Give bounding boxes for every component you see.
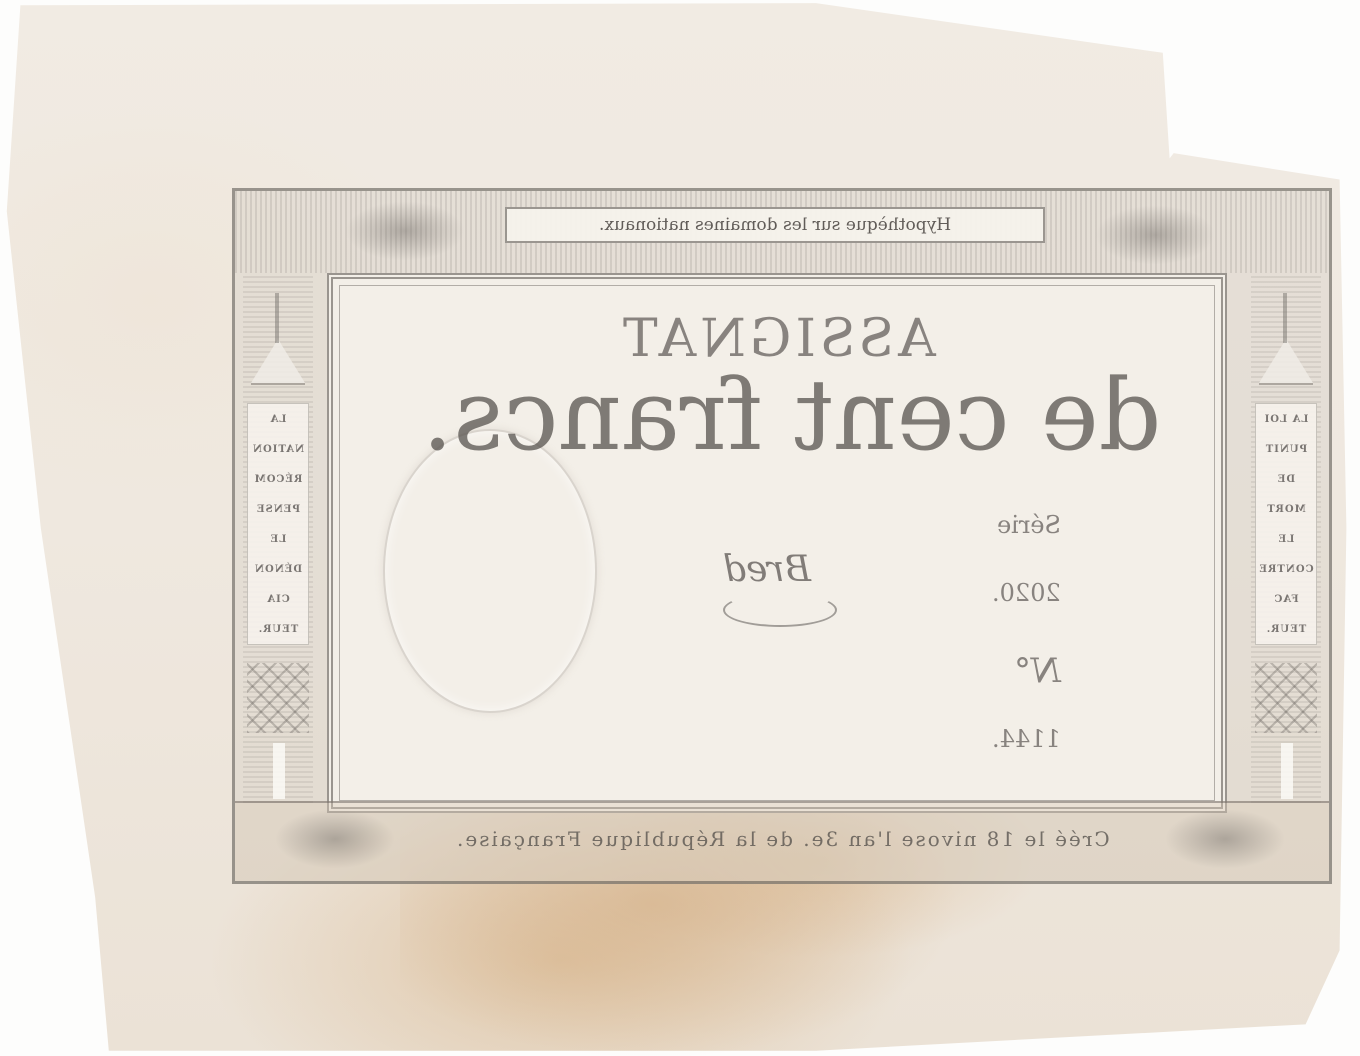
top-banner: Hypothèque sur les domaines nationaux. [505, 207, 1045, 243]
left-column: LA NATION RÉCOM PENSE LE DÉNON CIA TEUR. [243, 273, 313, 803]
serie-label: Série [997, 511, 1061, 539]
number-value: 1144. [992, 725, 1061, 753]
creation-date-text: Créé le 18 nivose l'an 3e. de la Républi… [455, 827, 1110, 851]
bottom-band: Créé le 18 nivose l'an 3e. de la Républi… [235, 801, 1329, 881]
pillar-ornament [1281, 743, 1293, 799]
top-banner-text: Hypothèque sur les domaines nationaux. [599, 215, 951, 235]
signature: Bred [723, 549, 811, 590]
number-label: N° [1014, 651, 1061, 691]
liberty-cap-ornament-icon [1259, 293, 1313, 385]
denomination: de cent francs. [422, 359, 1161, 473]
bottom-right-vignette [1165, 809, 1285, 869]
top-right-vignette [1095, 205, 1215, 265]
liberty-cap-ornament-icon [251, 293, 305, 385]
pillar-ornament [273, 743, 285, 799]
top-left-vignette [345, 201, 465, 261]
banknote-print-area: Hypothèque sur les domaines nationaux. L… [232, 188, 1332, 884]
serie-number: 2020. [992, 579, 1061, 607]
lattice-pattern [247, 663, 309, 733]
right-column-text: LA LOI PUNIT DE MORT LE CONTRE FAC TEUR. [1255, 403, 1317, 645]
lattice-pattern [1255, 663, 1317, 733]
central-panel: ASSIGNAT de cent francs. Série 2020. N° … [327, 273, 1227, 813]
right-column: LA LOI PUNIT DE MORT LE CONTRE FAC TEUR. [1251, 273, 1321, 803]
left-column-text: LA NATION RÉCOM PENSE LE DÉNON CIA TEUR. [247, 403, 309, 645]
bottom-left-vignette [275, 809, 395, 869]
